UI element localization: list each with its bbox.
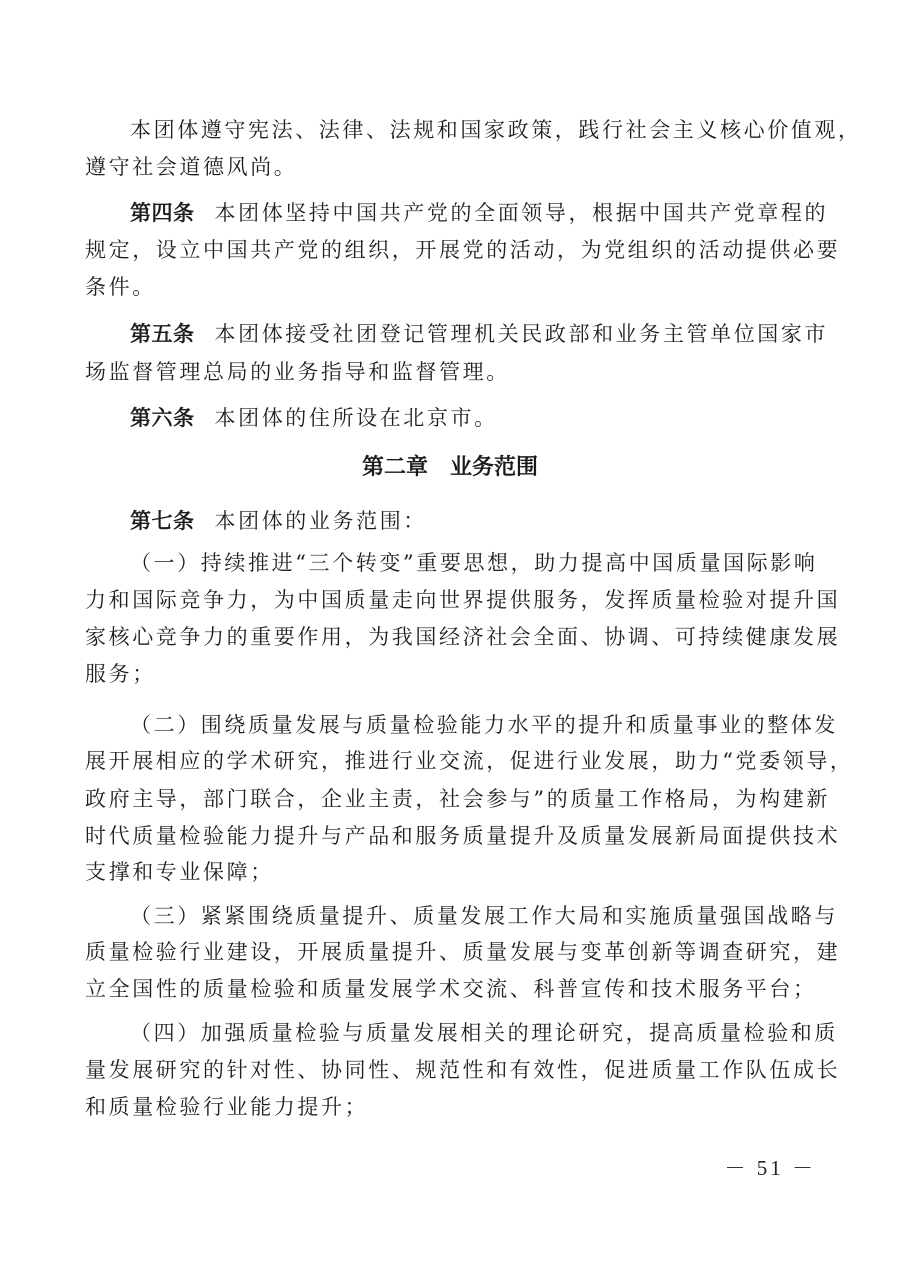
paragraph-line: 和质量检验行业能力提升；: [85, 1093, 815, 1121]
article-label: 第七条: [130, 509, 195, 533]
paragraph-line: 条件。: [85, 273, 815, 301]
paragraph-line: 立全国性的质量检验和质量发展学术交流、科普宣传和技术服务平台；: [85, 975, 815, 1003]
article-7-line: 第七条本团体的业务范围：: [130, 507, 816, 535]
paragraph-line: 时代质量检验能力提升与产品和服务质量提升及质量发展新局面提供技术: [85, 822, 815, 850]
chapter-title: 业务范围: [450, 455, 538, 480]
paragraph-line: 本团体遵守宪法、法律、法规和国家政策，践行社会主义核心价值观，: [130, 116, 816, 144]
article-label: 第六条: [130, 406, 195, 430]
paragraph-line: 政府主导，部门联合，企业主责，社会参与”的质量工作格局，为构建新: [85, 785, 815, 813]
article-label: 第五条: [130, 322, 195, 346]
paragraph-line: 支撑和专业保障；: [85, 858, 815, 886]
article-text: 本团体坚持中国共产党的全面领导，根据中国共产党章程的: [215, 201, 829, 225]
paragraph-line: 遵守社会道德风尚。: [85, 153, 815, 181]
list-item-3-line: （三）紧紧围绕质量提升、质量发展工作大局和实施质量强国战略与: [130, 902, 816, 930]
paragraph-line: 质量检验行业建设，开展质量提升、质量发展与变革创新等调查研究，建: [85, 938, 815, 966]
paragraph-line: 规定，设立中国共产党的组织，开展党的活动，为党组织的活动提供必要: [85, 236, 815, 264]
chapter-heading: 第二章业务范围: [0, 454, 900, 482]
paragraph-line: 展开展相应的学术研究，推进行业交流，促进行业发展，助力“党委领导，: [85, 747, 815, 775]
article-6-line: 第六条本团体的住所设在北京市。: [130, 404, 816, 432]
paragraph-line: 家核心竞争力的重要作用，为我国经济社会全面、协调、可持续健康发展: [85, 623, 815, 651]
list-item-1-line: （一）持续推进“三个转变”重要思想，助力提高中国质量国际影响: [130, 549, 816, 577]
article-label: 第四条: [130, 201, 195, 225]
paragraph-line: 量发展研究的针对性、协同性、规范性和有效性，促进质量工作队伍成长: [85, 1056, 815, 1084]
article-text: 本团体的业务范围：: [215, 509, 427, 533]
list-item-4-line: （四）加强质量检验与质量发展相关的理论研究，提高质量检验和质: [130, 1019, 816, 1047]
paragraph-line: 场监督管理总局的业务指导和监督管理。: [85, 358, 815, 386]
paragraph-line: 力和国际竞争力，为中国质量走向世界提供服务，发挥质量检验对提升国: [85, 586, 815, 614]
article-text: 本团体的住所设在北京市。: [215, 406, 498, 430]
page-number: － 51 －: [725, 1154, 817, 1182]
article-4-line: 第四条本团体坚持中国共产党的全面领导，根据中国共产党章程的: [130, 199, 816, 227]
list-item-2-line: （二）围绕质量发展与质量检验能力水平的提升和质量事业的整体发: [130, 711, 816, 739]
article-5-line: 第五条本团体接受社团登记管理机关民政部和业务主管单位国家市: [130, 320, 816, 348]
paragraph-line: 服务；: [85, 660, 815, 688]
chapter-number: 第二章: [362, 455, 428, 480]
document-page: 本团体遵守宪法、法律、法规和国家政策，践行社会主义核心价值观， 遵守社会道德风尚…: [0, 0, 900, 1273]
article-text: 本团体接受社团登记管理机关民政部和业务主管单位国家市: [215, 322, 829, 346]
